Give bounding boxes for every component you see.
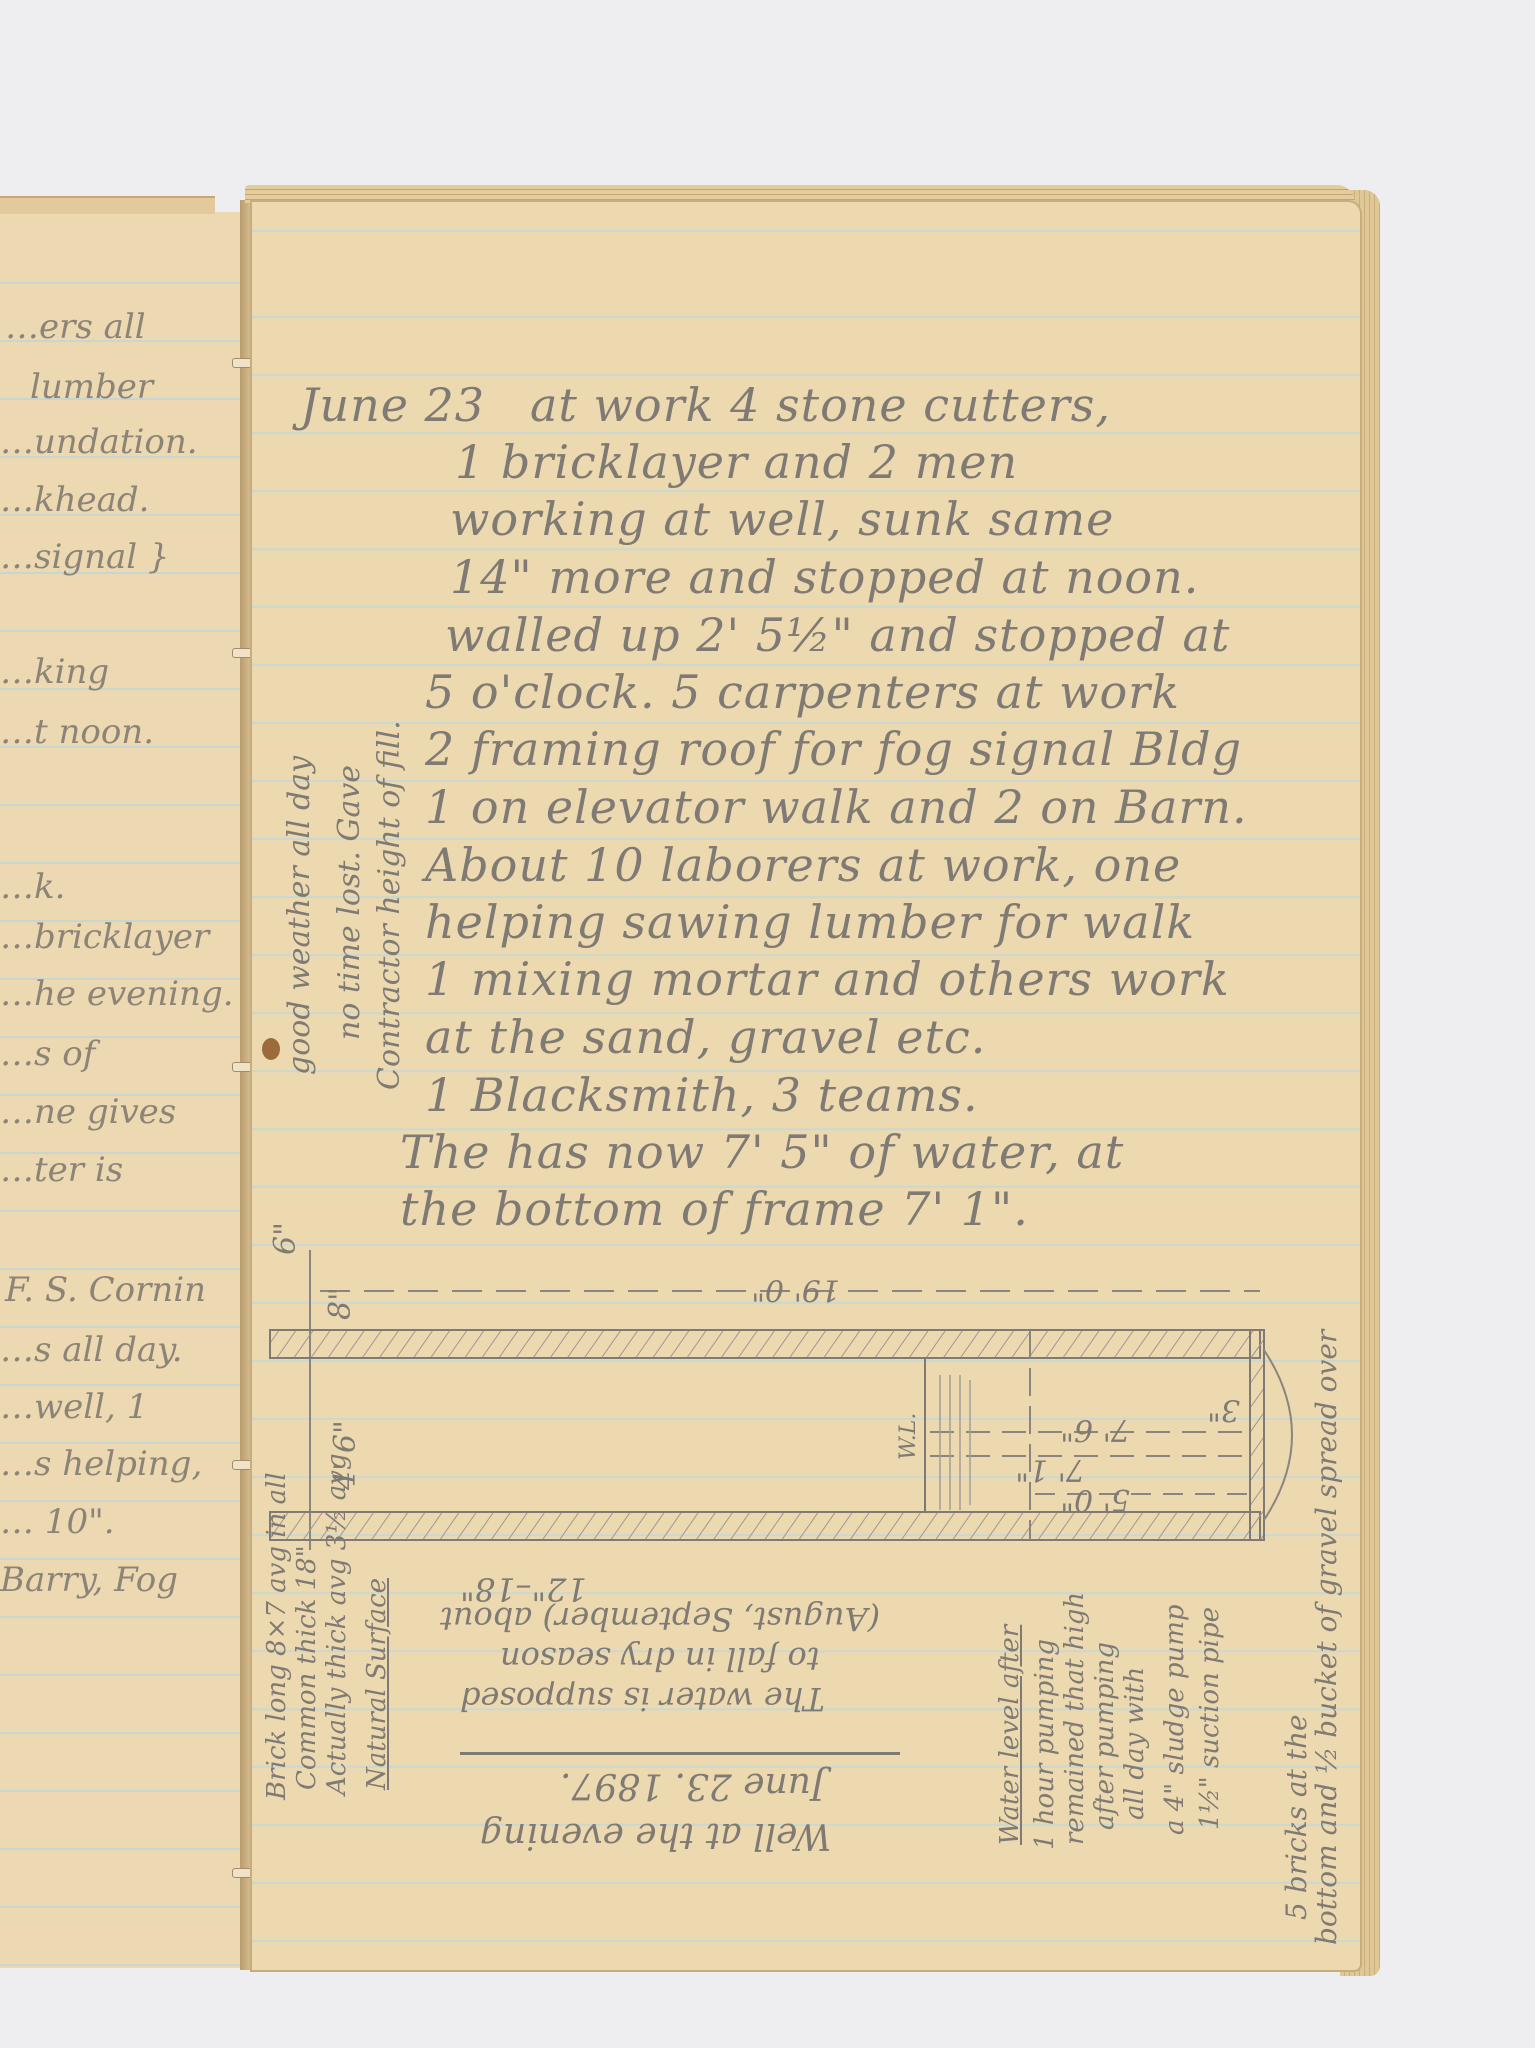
left-fragment: Barry, Fog <box>0 1560 178 1600</box>
entry-line: 5 o'clock. 5 carpenters at work <box>425 665 1180 719</box>
water-level-note: 1 hour pumping <box>1030 1639 1060 1850</box>
left-fragment: …ter is <box>0 1150 123 1190</box>
left-fragment: …king <box>0 652 109 692</box>
left-page: …ers all lumber …undation. …khead. …sign… <box>0 212 247 1968</box>
margin-note-vertical: Contractor height of fill. <box>372 720 407 1090</box>
brick-note: Common thick 18" <box>292 1545 322 1790</box>
water-level-note: after pumping <box>1090 1642 1120 1830</box>
left-fragment: …undation. <box>0 422 198 462</box>
water-level-note: Water level after <box>995 1625 1025 1845</box>
left-fragment: …t noon. <box>0 712 154 752</box>
well-section-diagram: 19' 0" 8" 6" 4' 6" 7' 6" 7' 1" 5' 0" 3" … <box>250 1200 1350 1600</box>
edge-note: bottom and ½ bucket of gravel spread ove… <box>1310 1330 1343 1945</box>
left-fragment: …khead. <box>0 480 149 520</box>
upside-down-note: (August, September) about <box>440 1600 880 1638</box>
entry-line: 1 Blacksmith, 3 teams. <box>425 1068 979 1122</box>
upside-down-note: June 23. 1897. <box>560 1765 825 1806</box>
left-fragment: …ers all <box>5 307 146 347</box>
water-level-note: remained that high <box>1060 1592 1090 1845</box>
left-fragment: …bricklayer <box>0 917 209 957</box>
entry-line: The has now 7' 5" of water, at <box>400 1125 1124 1179</box>
paper-stain <box>262 1038 280 1060</box>
upside-down-note: to fall in dry season <box>500 1640 820 1678</box>
natural-surface-label: Natural Surface <box>362 1578 392 1790</box>
entry-line: walled up 2' 5½" and stopped at <box>445 608 1230 662</box>
upside-down-note: The water is supposed <box>460 1680 825 1718</box>
left-page-top-edge <box>0 196 215 214</box>
dim-top-offset: 6" <box>268 1222 303 1255</box>
upside-down-note: Well at the evening <box>480 1815 832 1856</box>
left-fragment: …k. <box>0 867 65 907</box>
entry-line: 1 on elevator walk and 2 on Barn. <box>425 780 1248 834</box>
entry-line: 1 bricklayer and 2 men <box>455 435 1018 489</box>
left-fragment: …ne gives <box>0 1092 176 1132</box>
divider-line <box>460 1752 900 1755</box>
margin-note-vertical: good weather all day <box>282 756 317 1075</box>
water-level-note: 1½" suction pipe <box>1195 1607 1225 1830</box>
dim-overall-length: 19' 0" <box>751 1272 840 1307</box>
left-fragment: … 10". <box>0 1502 115 1542</box>
dim-frame-bottom: 7' 1" <box>1015 1452 1085 1487</box>
entry-line: 1 mixing mortar and others work <box>425 952 1230 1006</box>
water-level-label: W.L. <box>896 1413 921 1460</box>
entry-line: About 10 laborers at work, one <box>425 838 1181 892</box>
brick-note: Actually thick avg 3½ avg. <box>322 1445 352 1795</box>
dim-water-depth: 7' 6" <box>1060 1412 1130 1447</box>
left-fragment: …well, 1 <box>0 1387 148 1427</box>
dim-end-thickness: 3" <box>1207 1392 1240 1427</box>
brick-note: Brick long 8×7 avg in all <box>262 1472 292 1800</box>
left-fragment: …he evening. <box>0 974 234 1014</box>
left-fragment: lumber <box>30 367 153 407</box>
entry-line: at work 4 stone cutters, <box>530 378 1111 432</box>
left-fragment: F. S. Cornin <box>5 1270 206 1310</box>
dim-wall-thickness: 8" <box>323 1287 358 1320</box>
left-fragment: …signal } <box>0 537 170 577</box>
entry-line: working at well, sunk same <box>450 492 1114 546</box>
water-level-note: a 4" sludge pump <box>1160 1604 1190 1835</box>
entry-line: 2 framing roof for fog signal Bldg <box>425 722 1242 776</box>
entry-line: at the sand, gravel etc. <box>425 1010 986 1064</box>
left-fragment: …s helping, <box>0 1444 202 1484</box>
left-fragment: …s all day. <box>0 1330 183 1370</box>
entry-line: helping sawing lumber for walk <box>425 895 1195 949</box>
water-level-note: all day with <box>1120 1667 1150 1820</box>
entry-date-heading: June 23 <box>300 378 485 432</box>
dim-partial-length: 5' 0" <box>1060 1482 1130 1517</box>
edge-note: 5 bricks at the <box>1280 1714 1313 1920</box>
left-fragment: …s of <box>0 1034 95 1074</box>
margin-note-vertical: no time lost. Gave <box>332 765 367 1040</box>
entry-line: 14" more and stopped at noon. <box>450 550 1199 604</box>
